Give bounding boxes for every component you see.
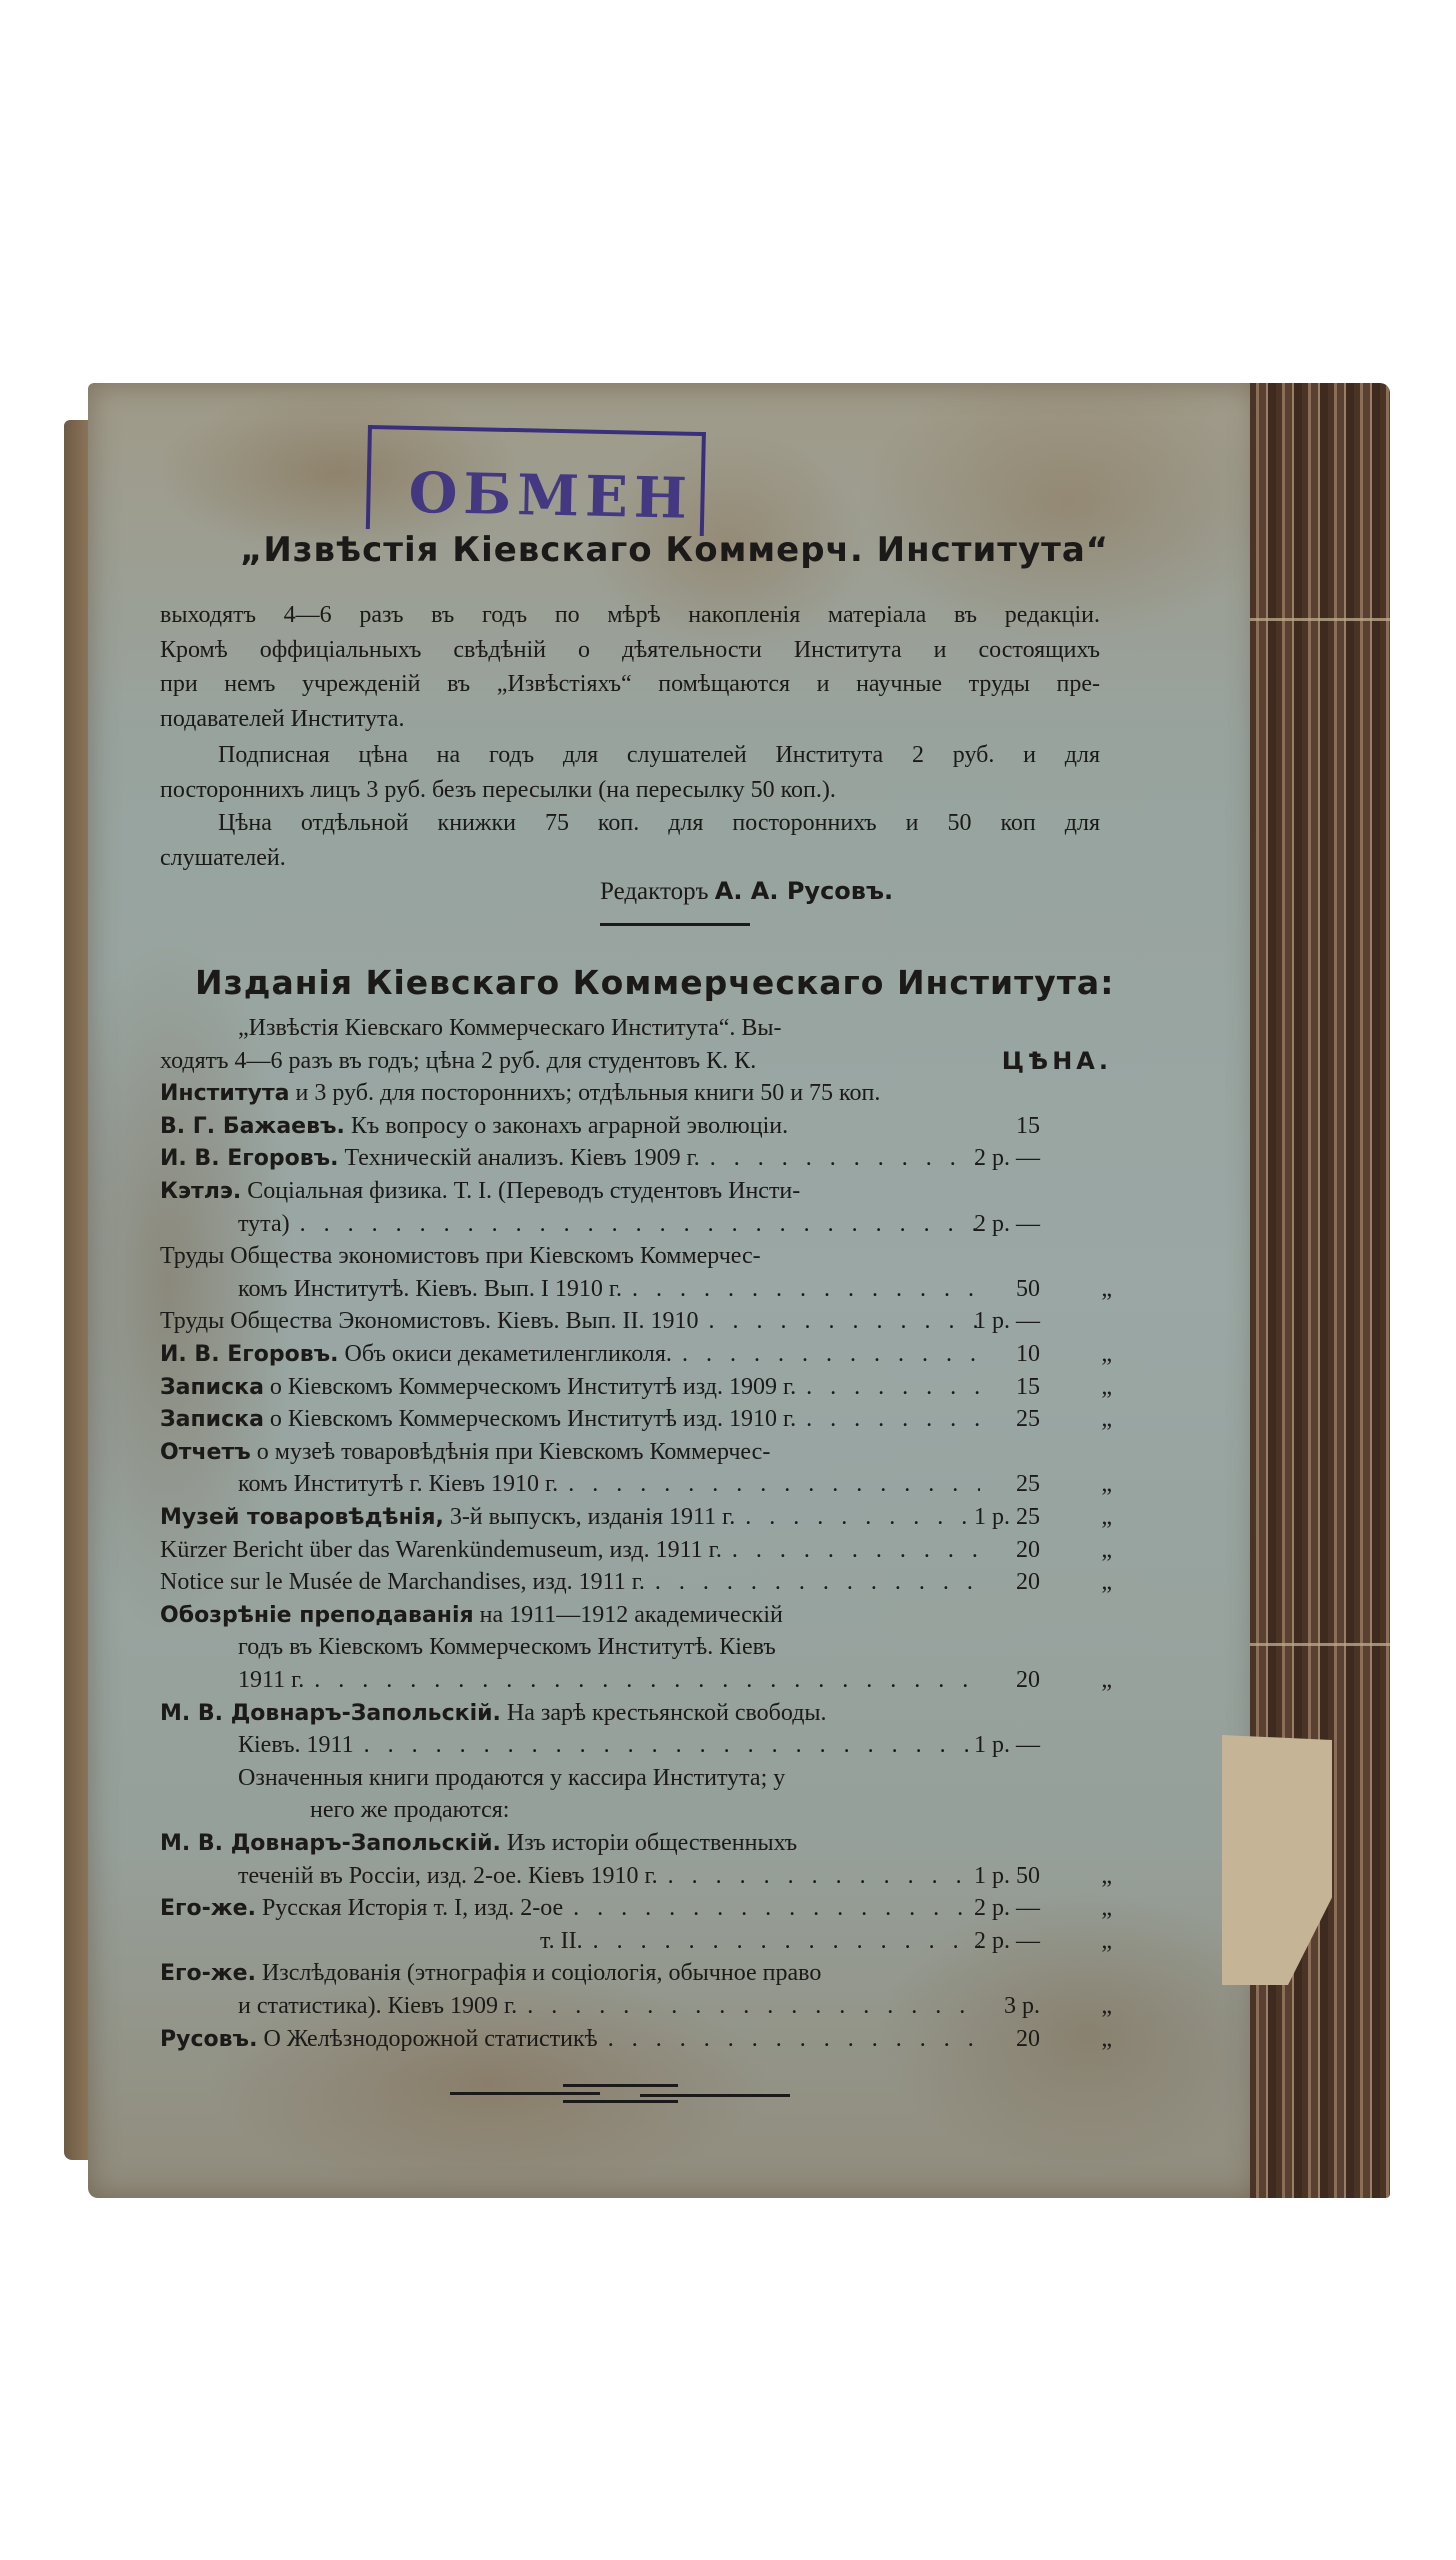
leader-dots: . . . . . . . . . . . . . . . . . . . . … — [745, 1501, 980, 1534]
author-name: Русовъ. — [160, 2027, 257, 2052]
publication-title: В. Г. Бажаевъ. Къ вопросу о законахъ агр… — [160, 1110, 788, 1143]
ditto-mark: „ — [1101, 1566, 1112, 1599]
publication-row: Обозрѣніе преподаванія на 1911—1912 акад… — [160, 1599, 1120, 1632]
price: ЦѢНА. — [1002, 1045, 1112, 1078]
publication-row: И. В. Егоровъ. Техническій анализъ. Кіев… — [160, 1142, 1120, 1175]
publication-title: И. В. Егоровъ. Техническій анализъ. Кіев… — [160, 1142, 700, 1175]
publication-row: Кэтлэ. Соціальная физика. Т. I. (Перевод… — [160, 1175, 1120, 1208]
publication-title: Института и 3 руб. для постороннихъ; отд… — [160, 1077, 880, 1110]
publication-title: Его-же. Изслѣдованія (этнографія и соціо… — [160, 1957, 821, 1990]
leader-dots: . . . . . . . . . . . . . . . . . . . . … — [527, 1990, 980, 2023]
publication-title: Кэтлэ. Соціальная физика. Т. I. (Перевод… — [160, 1175, 800, 1208]
publication-row: 1911 г.20„. . . . . . . . . . . . . . . … — [160, 1664, 1120, 1697]
ditto-mark: „ — [1101, 1501, 1112, 1534]
author-name: Музей товаровѣдѣнія, — [160, 1505, 444, 1530]
ditto-mark: „ — [1101, 1468, 1112, 1501]
publication-row: него же продаются: — [160, 1794, 1120, 1827]
editor-line: Редакторъ А. А. Русовъ. — [600, 876, 893, 907]
author-name: Обозрѣніе преподаванія — [160, 1603, 474, 1628]
publication-row: Его-же. Изслѣдованія (этнографія и соціо… — [160, 1957, 1120, 1990]
editor-name: А. А. Русовъ. — [715, 877, 893, 905]
leader-dots: . . . . . . . . . . . . . . . . . . . . … — [632, 1273, 980, 1306]
author-name: Записка — [160, 1407, 264, 1432]
publication-title: теченій въ Россіи, изд. 2-ое. Кіевъ 1910… — [238, 1860, 658, 1893]
price: 10 — [1016, 1338, 1040, 1371]
publication-row: Русовъ. О Желѣзнодорожной статистикѣ20„.… — [160, 2023, 1120, 2056]
author-name: Записка — [160, 1375, 264, 1400]
publication-title: М. В. Довнаръ-Запольскій. На зарѣ кресть… — [160, 1697, 827, 1730]
paragraph-line: выходятъ 4—6 разъ въ годъ по мѣрѣ накопл… — [160, 600, 1100, 630]
publication-title: годъ въ Кіевскомъ Коммерческомъ Институт… — [238, 1631, 776, 1664]
publication-title: Кіевъ. 1911 — [238, 1729, 354, 1762]
leader-dots: . . . . . . . . . . . . . . . . . . . . … — [573, 1892, 980, 1925]
spine-stitch — [1250, 1643, 1390, 1646]
ditto-mark: „ — [1101, 1990, 1112, 2023]
publications-heading: Изданія Кіевскаго Коммерческаго Институт… — [195, 968, 1114, 998]
journal-title: „Извѣстія Кіевскаго Коммерч. Института“ — [240, 535, 1109, 565]
publication-title: и статистика). Кіевъ 1909 г. — [238, 1990, 517, 2023]
author-name: И. В. Егоровъ. — [160, 1146, 339, 1171]
price: 20 — [1016, 2023, 1040, 2056]
publication-title: Труды Общества Экономистовъ. Кіевъ. Вып.… — [160, 1305, 698, 1338]
publication-row: Его-же. Русская Исторія т. I, изд. 2-ое2… — [160, 1892, 1120, 1925]
publication-row: и статистика). Кіевъ 1909 г.3 р.„. . . .… — [160, 1990, 1120, 2023]
price: 2 р. — — [974, 1892, 1040, 1925]
publication-title: Его-же. Русская Исторія т. I, изд. 2-ое — [160, 1892, 563, 1925]
section-divider — [600, 923, 750, 926]
leader-dots: . . . . . . . . . . . . . . . . . . . . … — [668, 1860, 980, 1893]
publication-title: Означенныя книги продаются у кассира Инс… — [238, 1762, 785, 1795]
leader-dots: . . . . . . . . . . . . . . . . . . . . … — [732, 1534, 980, 1567]
publication-title: И. В. Егоровъ. Объ окиси декаметиленглик… — [160, 1338, 672, 1371]
publication-row: комъ Институтѣ. Кіевъ. Вып. I 1910 г.50„… — [160, 1273, 1120, 1306]
ditto-mark: „ — [1101, 1534, 1112, 1567]
price: 1 р. 50 — [974, 1860, 1040, 1893]
publication-row: Института и 3 руб. для постороннихъ; отд… — [160, 1077, 1120, 1110]
ditto-mark: „ — [1101, 1860, 1112, 1893]
leader-dots: . . . . . . . . . . . . . . . . . . . . … — [364, 1729, 980, 1762]
author-name: Кэтлэ. — [160, 1179, 241, 1204]
publication-title: Kürzer Bericht über das Warenkündemuseum… — [160, 1534, 722, 1567]
publication-title: Notice sur le Musée de Marchandises, изд… — [160, 1566, 645, 1599]
editor-label: Редакторъ — [600, 878, 709, 905]
leader-dots: . . . . . . . . . . . . . . . . . . . . … — [608, 2023, 980, 2056]
leader-dots: . . . . . . . . . . . . . . . . . . . . … — [593, 1925, 980, 1958]
publication-title: Русовъ. О Желѣзнодорожной статистикѣ — [160, 2023, 598, 2056]
paragraph-line: при немъ учрежденій въ „Извѣстіяхъ“ помѣ… — [160, 669, 1100, 699]
publication-title: Труды Общества экономистовъ при Кіевском… — [160, 1240, 761, 1273]
publication-row: Отчетъ о музеѣ товаровѣдѣнія при Кіевско… — [160, 1436, 1120, 1469]
paragraph-line: Кромѣ оффиціальныхъ свѣдѣній о дѣятельно… — [160, 635, 1100, 665]
leader-dots: . . . . . . . . . . . . . . . . . . . . … — [568, 1468, 980, 1501]
price: 50 — [1016, 1273, 1040, 1306]
publication-row: „Извѣстія Кіевскаго Коммерческаго Инстит… — [160, 1012, 1120, 1045]
publication-row: т. II.2 р. —„. . . . . . . . . . . . . .… — [160, 1925, 1120, 1958]
publication-row: тута)2 р. —. . . . . . . . . . . . . . .… — [160, 1208, 1120, 1241]
price: 20 — [1016, 1566, 1040, 1599]
price: 25 — [1016, 1403, 1040, 1436]
publication-row: Труды Общества экономистовъ при Кіевском… — [160, 1240, 1120, 1273]
leader-dots: . . . . . . . . . . . . . . . . . . . . … — [806, 1371, 980, 1404]
price: 15 — [1016, 1110, 1040, 1143]
stamp-text: ОБМЕН — [408, 460, 694, 532]
publication-title: Отчетъ о музеѣ товаровѣдѣнія при Кіевско… — [160, 1436, 770, 1469]
author-name: Института — [160, 1081, 290, 1106]
publication-title: т. II. — [540, 1925, 583, 1958]
paragraph-line: Цѣна отдѣльной книжки 75 коп. для постор… — [160, 808, 1100, 838]
ditto-mark: „ — [1101, 1664, 1112, 1697]
price: 25 — [1016, 1468, 1040, 1501]
price: 1 р. — — [974, 1305, 1040, 1338]
author-name: В. Г. Бажаевъ. — [160, 1114, 345, 1139]
end-ornament — [450, 2080, 790, 2110]
publication-row: Notice sur le Musée de Marchandises, изд… — [160, 1566, 1120, 1599]
price: 2 р. — — [974, 1208, 1040, 1241]
price: 15 — [1016, 1371, 1040, 1404]
ditto-mark: „ — [1101, 1338, 1112, 1371]
author-name: Его-же. — [160, 1896, 256, 1921]
ditto-mark: „ — [1101, 1273, 1112, 1306]
author-name: М. В. Довнаръ-Запольскій. — [160, 1831, 501, 1856]
exchange-stamp: ОБМЕН — [366, 425, 706, 536]
price: 1 р. — — [974, 1729, 1040, 1762]
price: 20 — [1016, 1664, 1040, 1697]
leader-dots: . . . . . . . . . . . . . . . . . . . . … — [806, 1403, 980, 1436]
spine-stitch — [1250, 618, 1390, 621]
publication-row: Означенныя книги продаются у кассира Инс… — [160, 1762, 1120, 1795]
leader-dots: . . . . . . . . . . . . . . . . . . . . … — [708, 1305, 980, 1338]
publication-row: комъ Институтѣ г. Кіевъ 1910 г.25„. . . … — [160, 1468, 1120, 1501]
ditto-mark: „ — [1101, 1403, 1112, 1436]
publication-row: Труды Общества Экономистовъ. Кіевъ. Вып.… — [160, 1305, 1120, 1338]
publication-row: Музей товаровѣдѣнія, 3-й выпускъ, издані… — [160, 1501, 1120, 1534]
leader-dots: . . . . . . . . . . . . . . . . . . . . … — [655, 1566, 980, 1599]
publication-row: годъ въ Кіевскомъ Коммерческомъ Институт… — [160, 1631, 1120, 1664]
price: 3 р. — [1004, 1990, 1040, 2023]
publication-row: Кіевъ. 19111 р. —. . . . . . . . . . . .… — [160, 1729, 1120, 1762]
publication-row: В. Г. Бажаевъ. Къ вопросу о законахъ агр… — [160, 1110, 1120, 1143]
price: 20 — [1016, 1534, 1040, 1567]
paragraph-line: Подписная цѣна на годъ для слушателей Ин… — [160, 740, 1100, 770]
price: 2 р. — — [974, 1142, 1040, 1175]
publication-row: теченій въ Россіи, изд. 2-ое. Кіевъ 1910… — [160, 1860, 1120, 1893]
publication-row: М. В. Довнаръ-Запольскій. Изъ исторіи об… — [160, 1827, 1120, 1860]
leader-dots: . . . . . . . . . . . . . . . . . . . . … — [710, 1142, 980, 1175]
publication-row: М. В. Довнаръ-Запольскій. На зарѣ кресть… — [160, 1697, 1120, 1730]
publication-row: Kürzer Bericht über das Warenkündemuseum… — [160, 1534, 1120, 1567]
publication-title: „Извѣстія Кіевскаго Коммерческаго Инстит… — [238, 1012, 782, 1045]
leader-dots: . . . . . . . . . . . . . . . . . . . . … — [682, 1338, 980, 1371]
publication-row: Записка о Кіевскомъ Коммерческомъ Инстит… — [160, 1371, 1120, 1404]
publication-row: ходятъ 4—6 разъ въ годъ; цѣна 2 руб. для… — [160, 1045, 1120, 1078]
publication-title: М. В. Довнаръ-Запольскій. Изъ исторіи об… — [160, 1827, 797, 1860]
price: 1 р. 25 — [974, 1501, 1040, 1534]
publication-title: Обозрѣніе преподаванія на 1911—1912 акад… — [160, 1599, 783, 1632]
ditto-mark: „ — [1101, 2023, 1112, 2056]
publication-title: комъ Институтѣ. Кіевъ. Вып. I 1910 г. — [238, 1273, 622, 1306]
ditto-mark: „ — [1101, 1892, 1112, 1925]
publication-title: Записка о Кіевскомъ Коммерческомъ Инстит… — [160, 1371, 796, 1404]
publication-title: 1911 г. — [238, 1664, 304, 1697]
paragraph-line: постороннихъ лицъ 3 руб. безъ пересылки … — [160, 775, 1100, 805]
publication-row: Записка о Кіевскомъ Коммерческомъ Инстит… — [160, 1403, 1120, 1436]
author-name: Отчетъ — [160, 1440, 251, 1465]
author-name: Его-же. — [160, 1961, 256, 1986]
publication-title: Записка о Кіевскомъ Коммерческомъ Инстит… — [160, 1403, 796, 1436]
publication-title: ходятъ 4—6 разъ въ годъ; цѣна 2 руб. для… — [160, 1045, 756, 1078]
leader-dots: . . . . . . . . . . . . . . . . . . . . … — [300, 1208, 980, 1241]
paragraph-line: слушателей. — [160, 843, 1100, 873]
author-name: М. В. Довнаръ-Запольскій. — [160, 1701, 501, 1726]
leader-dots: . . . . . . . . . . . . . . . . . . . . … — [314, 1664, 980, 1697]
paragraph-line: подавателей Института. — [160, 704, 1100, 734]
author-name: И. В. Егоровъ. — [160, 1342, 339, 1367]
ditto-mark: „ — [1101, 1925, 1112, 1958]
publication-title: тута) — [238, 1208, 290, 1241]
publication-title: Музей товаровѣдѣнія, 3-й выпускъ, издані… — [160, 1501, 735, 1534]
ditto-mark: „ — [1101, 1371, 1112, 1404]
price: 2 р. — — [974, 1925, 1040, 1958]
publication-title: него же продаются: — [310, 1794, 509, 1827]
publication-row: И. В. Егоровъ. Объ окиси декаметиленглик… — [160, 1338, 1120, 1371]
publication-title: комъ Институтѣ г. Кіевъ 1910 г. — [238, 1468, 558, 1501]
